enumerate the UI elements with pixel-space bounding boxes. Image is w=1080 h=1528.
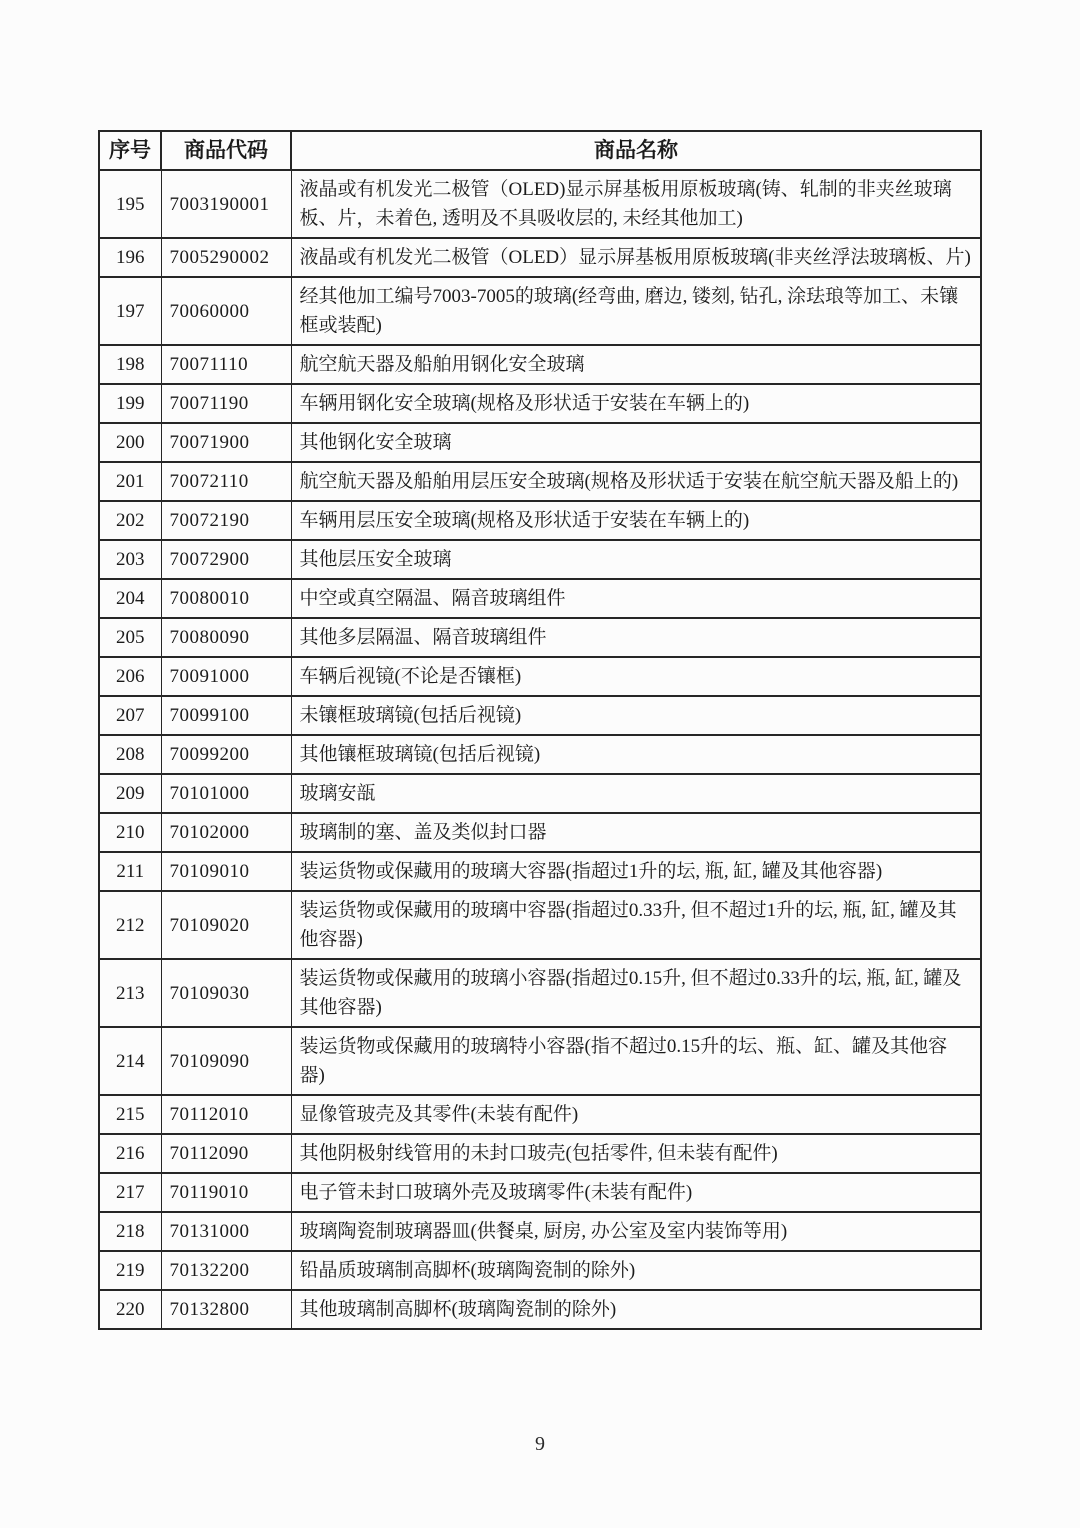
row-serial-number: 200 <box>99 423 161 462</box>
row-product-code: 70080090 <box>161 618 291 657</box>
table-row: 22070132800其他玻璃制高脚杯(玻璃陶瓷制的除外) <box>99 1290 981 1329</box>
row-product-code: 70109030 <box>161 959 291 1027</box>
table-row: 21670112090其他阴极射线管用的未封口玻壳(包括零件, 但未装有配件) <box>99 1134 981 1173</box>
row-serial-number: 212 <box>99 891 161 959</box>
row-serial-number: 206 <box>99 657 161 696</box>
table-row: 20770099100未镶框玻璃镜(包括后视镜) <box>99 696 981 735</box>
row-product-name: 玻璃陶瓷制玻璃器皿(供餐桌, 厨房, 办公室及室内装饰等用) <box>291 1212 981 1251</box>
table-header-row: 序号 商品代码 商品名称 <box>99 131 981 170</box>
row-serial-number: 202 <box>99 501 161 540</box>
table-row: 20270072190车辆用层压安全玻璃(规格及形状适于安装在车辆上的) <box>99 501 981 540</box>
row-product-name: 中空或真空隔温、隔音玻璃组件 <box>291 579 981 618</box>
row-product-code: 70060000 <box>161 277 291 345</box>
row-product-name: 未镶框玻璃镜(包括后视镜) <box>291 696 981 735</box>
table-row: 19770060000经其他加工编号7003-7005的玻璃(经弯曲, 磨边, … <box>99 277 981 345</box>
row-serial-number: 201 <box>99 462 161 501</box>
table-row: 21070102000玻璃制的塞、盖及类似封口器 <box>99 813 981 852</box>
row-product-name: 显像管玻壳及其零件(未装有配件) <box>291 1095 981 1134</box>
row-serial-number: 214 <box>99 1027 161 1095</box>
row-product-name: 车辆后视镜(不论是否镶框) <box>291 657 981 696</box>
row-product-name: 其他镶框玻璃镜(包括后视镜) <box>291 735 981 774</box>
table-row: 20570080090其他多层隔温、隔音玻璃组件 <box>99 618 981 657</box>
row-product-code: 7005290002 <box>161 238 291 277</box>
row-product-name: 其他多层隔温、隔音玻璃组件 <box>291 618 981 657</box>
row-serial-number: 220 <box>99 1290 161 1329</box>
row-product-code: 70109090 <box>161 1027 291 1095</box>
row-product-name: 装运货物或保藏用的玻璃小容器(指超过0.15升, 但不超过0.33升的坛, 瓶,… <box>291 959 981 1027</box>
table-row: 20070071900其他钢化安全玻璃 <box>99 423 981 462</box>
header-product-name: 商品名称 <box>291 131 981 170</box>
row-product-name: 其他层压安全玻璃 <box>291 540 981 579</box>
row-serial-number: 210 <box>99 813 161 852</box>
table-row: 20170072110航空航天器及船舶用层压安全玻璃(规格及形状适于安装在航空航… <box>99 462 981 501</box>
table-body: 1957003190001液晶或有机发光二极管（OLED)显示屏基板用原板玻璃(… <box>99 170 981 1329</box>
row-product-code: 70099100 <box>161 696 291 735</box>
table-header: 序号 商品代码 商品名称 <box>99 131 981 170</box>
row-serial-number: 199 <box>99 384 161 423</box>
row-serial-number: 197 <box>99 277 161 345</box>
table-row: 21770119010电子管未封口玻璃外壳及玻璃零件(未装有配件) <box>99 1173 981 1212</box>
row-product-name: 电子管未封口玻璃外壳及玻璃零件(未装有配件) <box>291 1173 981 1212</box>
row-serial-number: 211 <box>99 852 161 891</box>
row-product-code: 70099200 <box>161 735 291 774</box>
row-product-code: 70109020 <box>161 891 291 959</box>
table-row: 21570112010显像管玻壳及其零件(未装有配件) <box>99 1095 981 1134</box>
row-serial-number: 209 <box>99 774 161 813</box>
document-page: 序号 商品代码 商品名称 1957003190001液晶或有机发光二极管（OLE… <box>0 0 1080 1528</box>
row-serial-number: 207 <box>99 696 161 735</box>
row-product-name: 液晶或有机发光二极管（OLED）显示屏基板用原板玻璃(非夹丝浮法玻璃板、片) <box>291 238 981 277</box>
table-row: 19970071190车辆用钢化安全玻璃(规格及形状适于安装在车辆上的) <box>99 384 981 423</box>
row-product-code: 70071110 <box>161 345 291 384</box>
row-product-code: 70112090 <box>161 1134 291 1173</box>
row-product-code: 70109010 <box>161 852 291 891</box>
table-row: 20670091000车辆后视镜(不论是否镶框) <box>99 657 981 696</box>
row-product-code: 70132800 <box>161 1290 291 1329</box>
table-row: 1967005290002液晶或有机发光二极管（OLED）显示屏基板用原板玻璃(… <box>99 238 981 277</box>
row-product-name: 经其他加工编号7003-7005的玻璃(经弯曲, 磨边, 镂刻, 钻孔, 涂珐琅… <box>291 277 981 345</box>
row-product-name: 装运货物或保藏用的玻璃中容器(指超过0.33升, 但不超过1升的坛, 瓶, 缸,… <box>291 891 981 959</box>
row-serial-number: 195 <box>99 170 161 238</box>
table-row: 21370109030装运货物或保藏用的玻璃小容器(指超过0.15升, 但不超过… <box>99 959 981 1027</box>
row-serial-number: 215 <box>99 1095 161 1134</box>
row-serial-number: 216 <box>99 1134 161 1173</box>
row-serial-number: 217 <box>99 1173 161 1212</box>
row-serial-number: 205 <box>99 618 161 657</box>
row-serial-number: 213 <box>99 959 161 1027</box>
row-product-code: 70091000 <box>161 657 291 696</box>
row-product-name: 车辆用层压安全玻璃(规格及形状适于安装在车辆上的) <box>291 501 981 540</box>
row-serial-number: 204 <box>99 579 161 618</box>
table-row: 21470109090装运货物或保藏用的玻璃特小容器(指不超过0.15升的坛、瓶… <box>99 1027 981 1095</box>
page-number: 9 <box>0 1433 1080 1456</box>
row-product-code: 70112010 <box>161 1095 291 1134</box>
table-row: 19870071110航空航天器及船舶用钢化安全玻璃 <box>99 345 981 384</box>
table-row: 21270109020装运货物或保藏用的玻璃中容器(指超过0.33升, 但不超过… <box>99 891 981 959</box>
row-product-name: 液晶或有机发光二极管（OLED)显示屏基板用原板玻璃(铸、轧制的非夹丝玻璃板、片… <box>291 170 981 238</box>
table-row: 1957003190001液晶或有机发光二极管（OLED)显示屏基板用原板玻璃(… <box>99 170 981 238</box>
row-product-name: 航空航天器及船舶用钢化安全玻璃 <box>291 345 981 384</box>
row-serial-number: 203 <box>99 540 161 579</box>
row-product-code: 70072110 <box>161 462 291 501</box>
table-row: 21970132200铅晶质玻璃制高脚杯(玻璃陶瓷制的除外) <box>99 1251 981 1290</box>
header-serial-number: 序号 <box>99 131 161 170</box>
row-product-name: 航空航天器及船舶用层压安全玻璃(规格及形状适于安装在航空航天器及船上的) <box>291 462 981 501</box>
row-product-code: 70072190 <box>161 501 291 540</box>
row-product-name: 车辆用钢化安全玻璃(规格及形状适于安装在车辆上的) <box>291 384 981 423</box>
row-product-name: 装运货物或保藏用的玻璃大容器(指超过1升的坛, 瓶, 缸, 罐及其他容器) <box>291 852 981 891</box>
row-serial-number: 208 <box>99 735 161 774</box>
row-product-name: 其他玻璃制高脚杯(玻璃陶瓷制的除外) <box>291 1290 981 1329</box>
table-row: 20870099200其他镶框玻璃镜(包括后视镜) <box>99 735 981 774</box>
row-product-name: 其他阴极射线管用的未封口玻壳(包括零件, 但未装有配件) <box>291 1134 981 1173</box>
row-product-name: 铅晶质玻璃制高脚杯(玻璃陶瓷制的除外) <box>291 1251 981 1290</box>
row-product-code: 70071190 <box>161 384 291 423</box>
row-serial-number: 219 <box>99 1251 161 1290</box>
row-product-name: 其他钢化安全玻璃 <box>291 423 981 462</box>
row-serial-number: 196 <box>99 238 161 277</box>
table-row: 20370072900其他层压安全玻璃 <box>99 540 981 579</box>
row-product-code: 70102000 <box>161 813 291 852</box>
row-product-code: 70080010 <box>161 579 291 618</box>
row-product-code: 7003190001 <box>161 170 291 238</box>
row-product-code: 70119010 <box>161 1173 291 1212</box>
row-product-name: 玻璃安瓿 <box>291 774 981 813</box>
row-serial-number: 218 <box>99 1212 161 1251</box>
table-row: 20470080010中空或真空隔温、隔音玻璃组件 <box>99 579 981 618</box>
table-row: 20970101000玻璃安瓿 <box>99 774 981 813</box>
row-product-code: 70101000 <box>161 774 291 813</box>
row-product-code: 70072900 <box>161 540 291 579</box>
row-product-name: 玻璃制的塞、盖及类似封口器 <box>291 813 981 852</box>
table-row: 21870131000玻璃陶瓷制玻璃器皿(供餐桌, 厨房, 办公室及室内装饰等用… <box>99 1212 981 1251</box>
row-serial-number: 198 <box>99 345 161 384</box>
row-product-code: 70131000 <box>161 1212 291 1251</box>
table-row: 21170109010装运货物或保藏用的玻璃大容器(指超过1升的坛, 瓶, 缸,… <box>99 852 981 891</box>
row-product-code: 70132200 <box>161 1251 291 1290</box>
header-product-code: 商品代码 <box>161 131 291 170</box>
row-product-name: 装运货物或保藏用的玻璃特小容器(指不超过0.15升的坛、瓶、缸、罐及其他容器) <box>291 1027 981 1095</box>
product-codes-table: 序号 商品代码 商品名称 1957003190001液晶或有机发光二极管（OLE… <box>98 130 982 1330</box>
row-product-code: 70071900 <box>161 423 291 462</box>
